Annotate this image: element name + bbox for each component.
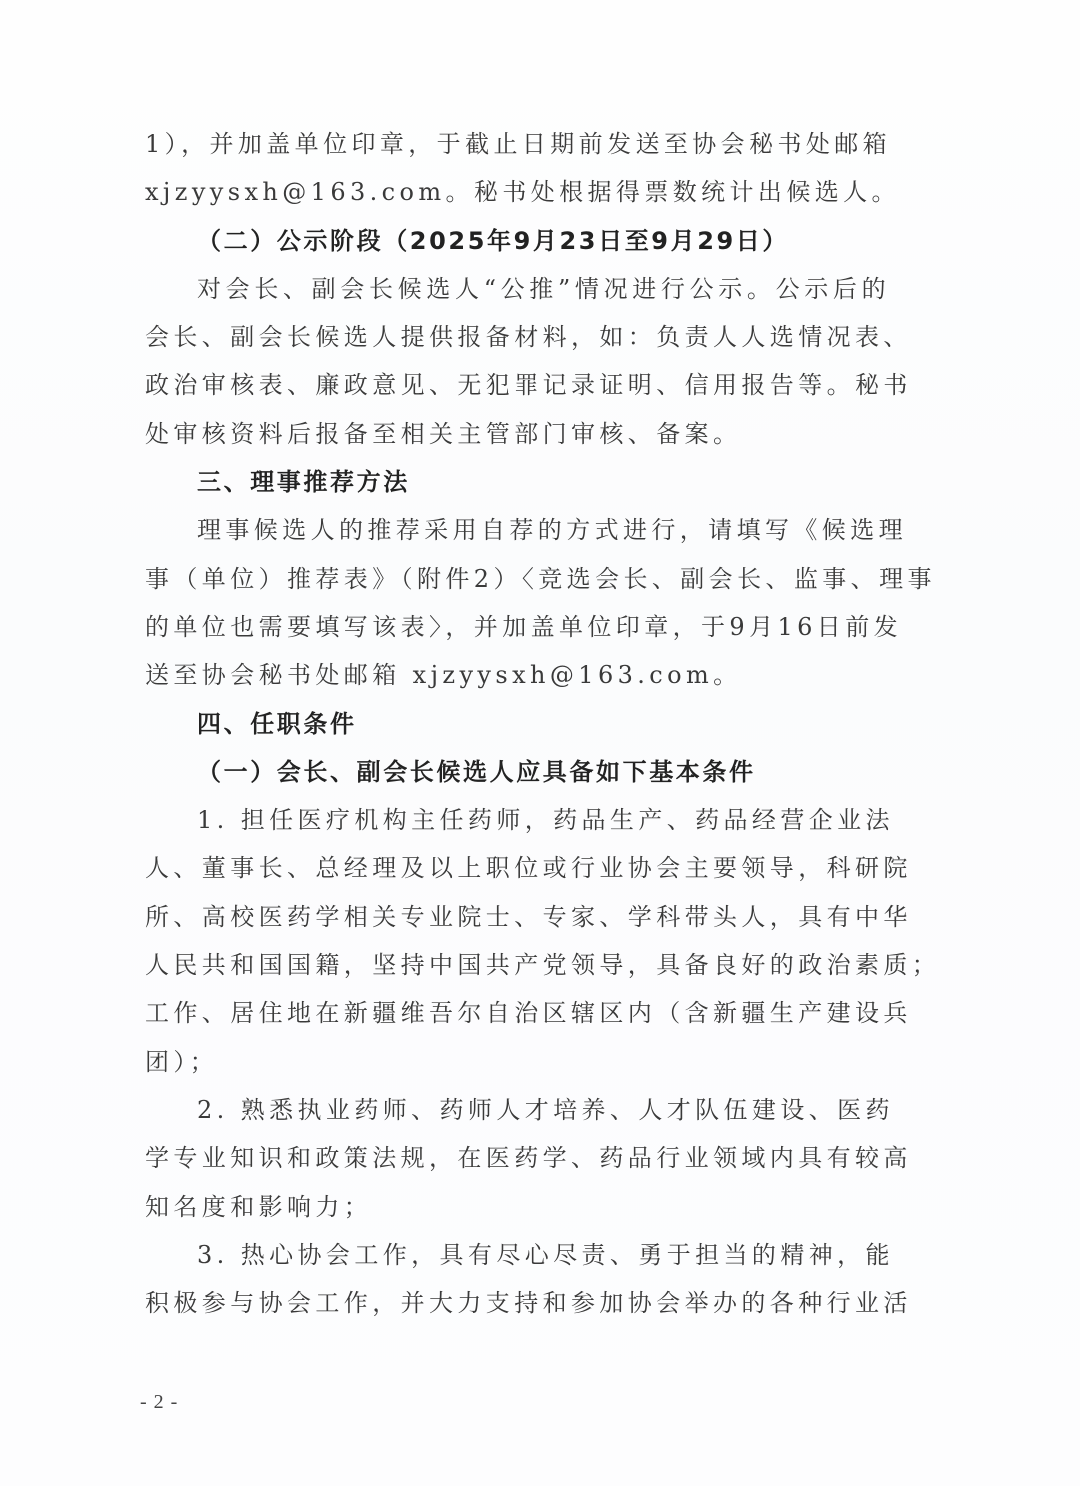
body-line: 理事候选人的推荐采用自荐的方式进行，请填写《候选理 [145,506,890,554]
body-line: 处审核资料后报备至相关主管部门审核、备案。 [145,410,890,458]
list-item-line: 知名度和影响力； [145,1183,890,1231]
body-line: 的单位也需要填写该表〉，并加盖单位印章，于9月16日前发 [145,603,890,651]
list-item-line: 积极参与协会工作，并大力支持和参加协会举办的各种行业活 [145,1279,890,1327]
document-body: 1），并加盖单位印章，于截止日期前发送至协会秘书处邮箱 xjzyysxh@163… [145,120,890,1327]
body-line: xjzyysxh@163.com。秘书处根据得票数统计出候选人。 [145,168,890,216]
list-item-line: 2. 熟悉执业药师、药师人才培养、人才队伍建设、医药 [145,1086,890,1134]
section-subheading: （二）公示阶段（2025年9月23日至9月29日） [145,217,890,265]
section-heading: 三、理事推荐方法 [145,458,890,506]
list-item-line: 学专业知识和政策法规，在医药学、药品行业领域内具有较高 [145,1134,890,1182]
list-item-line: 工作、居住地在新疆维吾尔自治区辖区内（含新疆生产建设兵 [145,989,890,1037]
body-line: 送至协会秘书处邮箱 xjzyysxh@163.com。 [145,651,890,699]
section-subheading: （一）会长、副会长候选人应具备如下基本条件 [145,748,890,796]
page-number: - 2 - [140,1391,178,1414]
body-line: 事（单位）推荐表》（附件2）〈竞选会长、副会长、监事、理事 [145,555,890,603]
list-item-line: 团）； [145,1038,890,1086]
body-line: 政治审核表、廉政意见、无犯罪记录证明、信用报告等。秘书 [145,361,890,409]
list-item-line: 3. 热心协会工作，具有尽心尽责、勇于担当的精神，能 [145,1231,890,1279]
list-item-line: 所、高校医药学相关专业院士、专家、学科带头人，具有中华 [145,893,890,941]
section-heading: 四、任职条件 [145,700,890,748]
list-item-line: 人民共和国国籍，坚持中国共产党领导，具备良好的政治素质； [145,941,890,989]
list-item-line: 1. 担任医疗机构主任药师，药品生产、药品经营企业法 [145,796,890,844]
body-line: 会长、副会长候选人提供报备材料，如：负责人人选情况表、 [145,313,890,361]
body-line: 1），并加盖单位印章，于截止日期前发送至协会秘书处邮箱 [145,120,890,168]
body-line: 对会长、副会长候选人“公推”情况进行公示。公示后的 [145,265,890,313]
document-page: 1），并加盖单位印章，于截止日期前发送至协会秘书处邮箱 xjzyysxh@163… [0,0,1080,1486]
list-item-line: 人、董事长、总经理及以上职位或行业协会主要领导，科研院 [145,844,890,892]
